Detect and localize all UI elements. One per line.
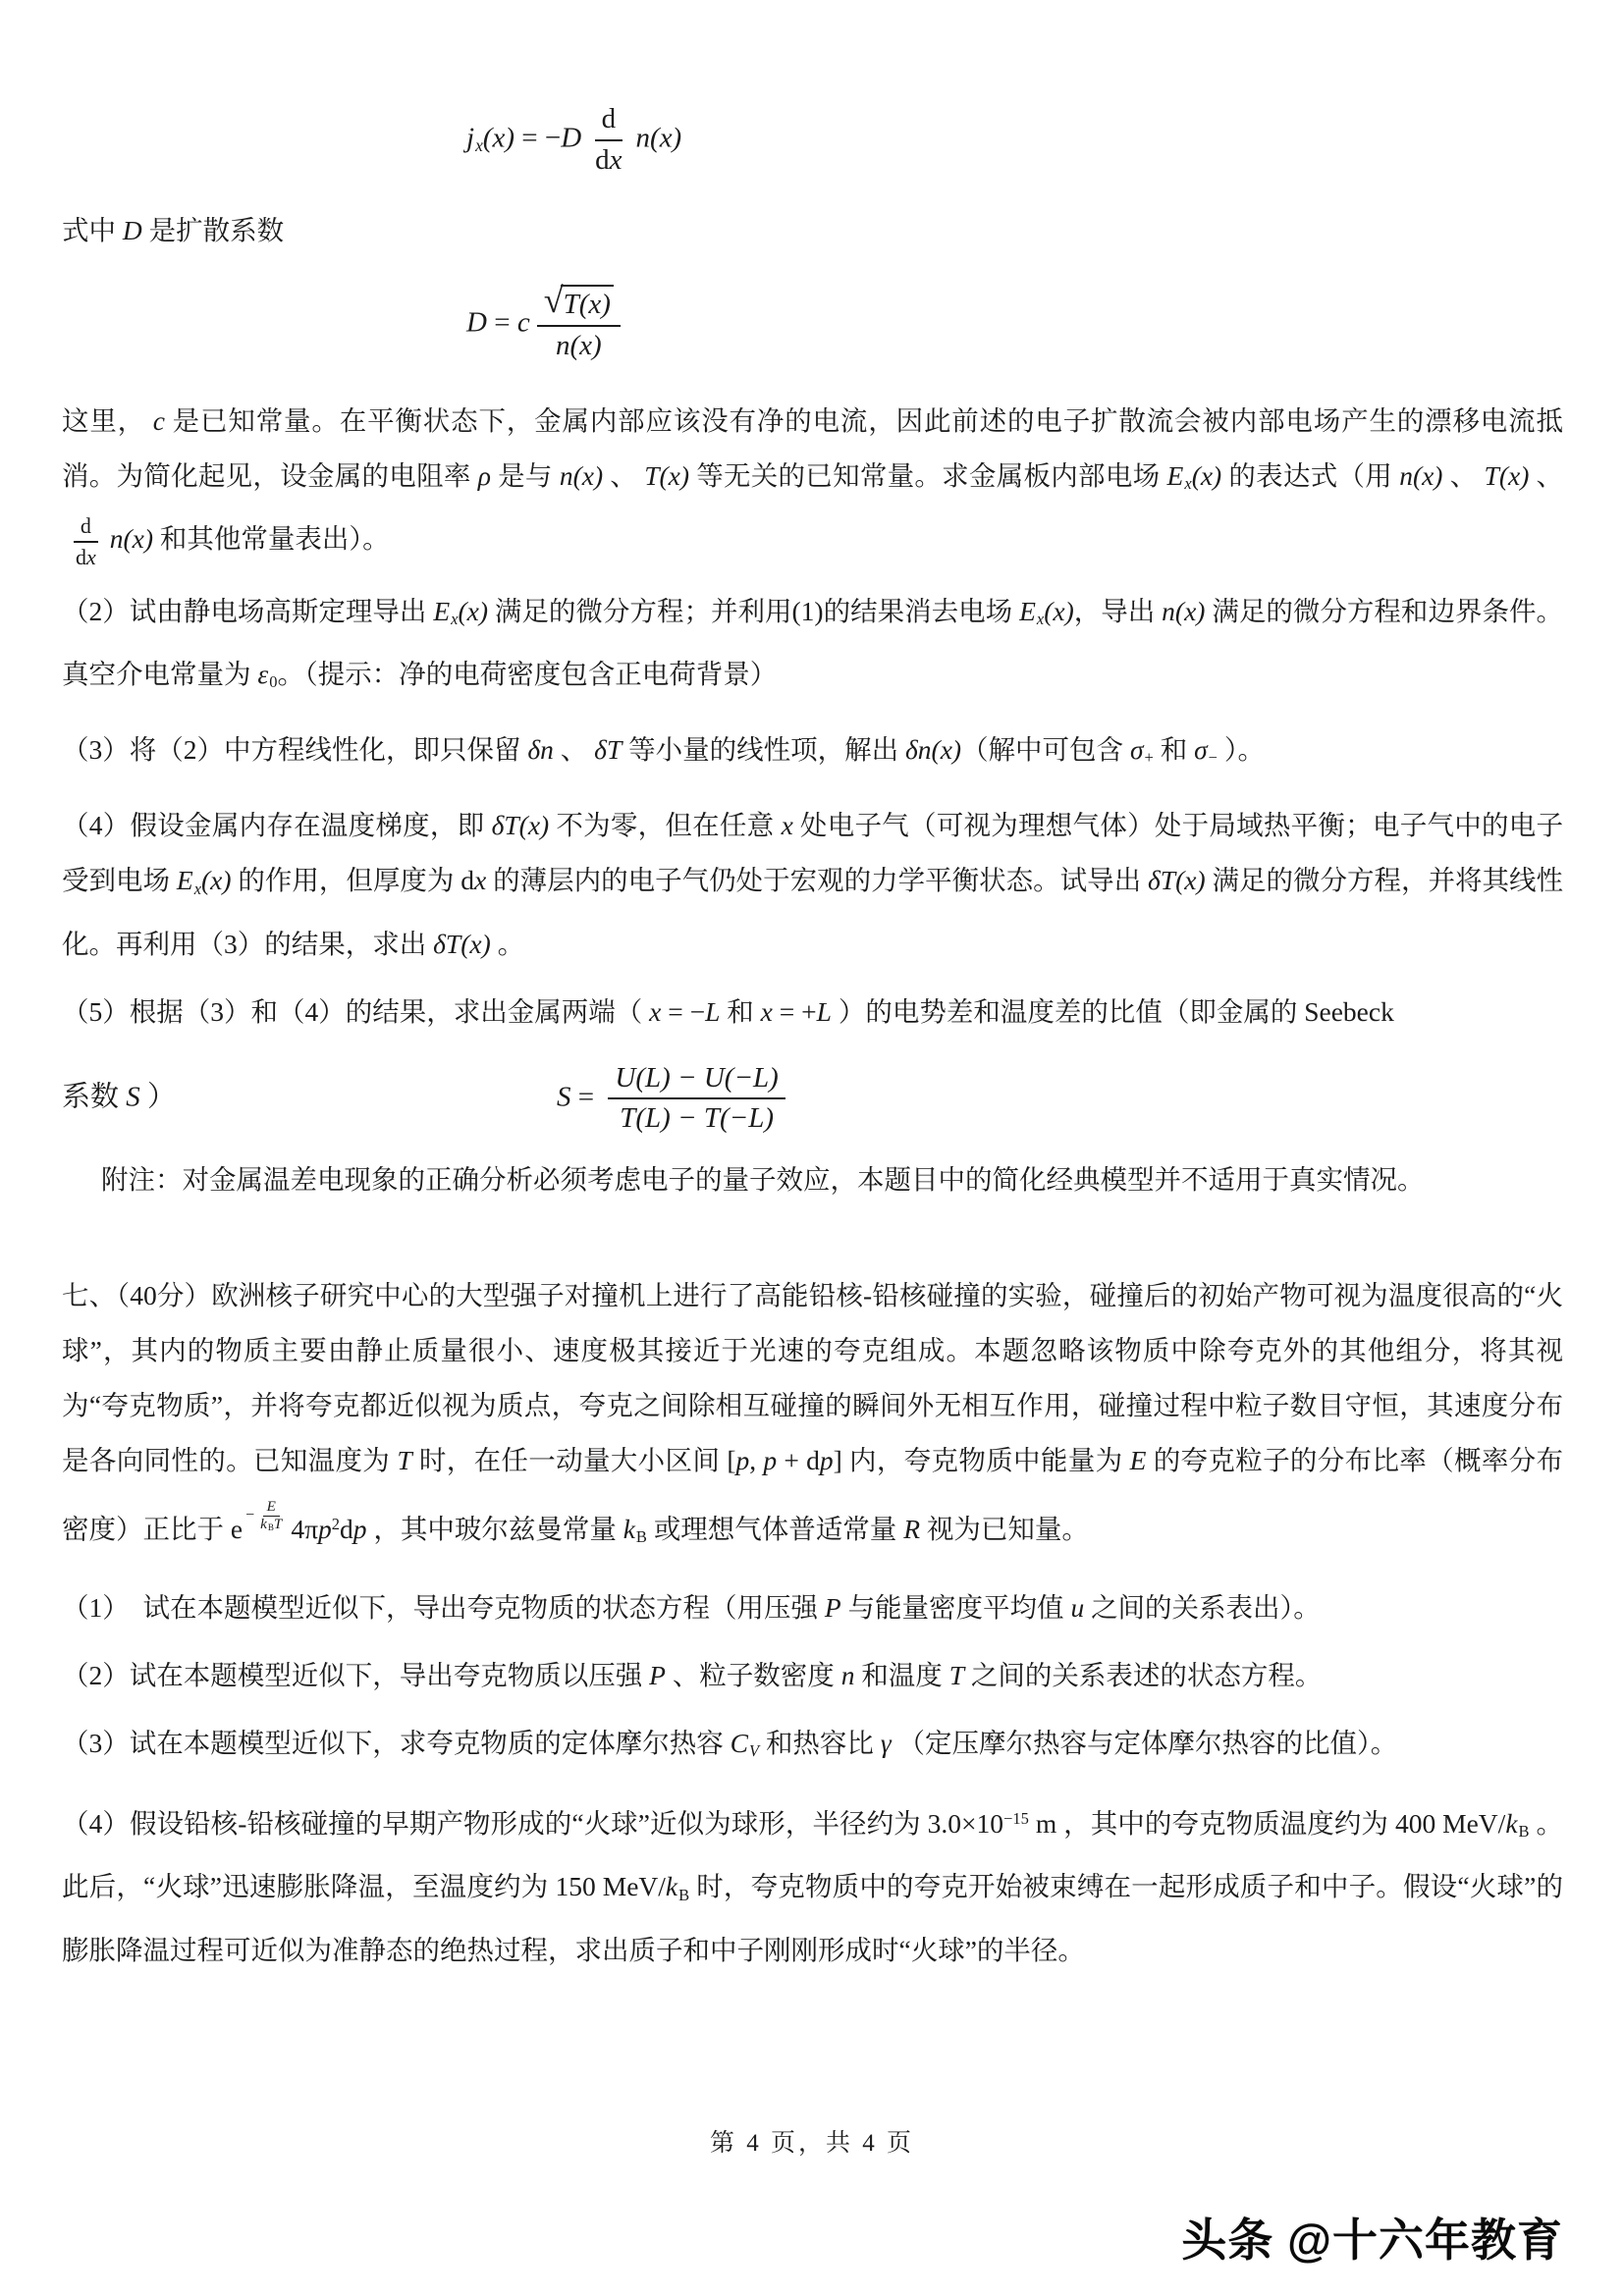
text-run: 、 — [1442, 460, 1484, 491]
text-run: 和热容比 — [759, 1728, 881, 1758]
fraction-denominator: dx — [69, 543, 103, 572]
math-run: p — [736, 1445, 750, 1475]
text-run: 不为零，但在任意 — [549, 810, 781, 840]
para-q5-intro: （5）根据（3）和（4）的结果，求出金属两端（ x = −L 和 x = +L … — [62, 985, 1563, 1040]
math-run: (x) — [483, 122, 514, 153]
math-run: ρ — [478, 460, 491, 491]
text-run: （4）假设铅核-铅核碰撞的早期产物形成的“火球”近似为球形，半径约为 3.0×1… — [62, 1808, 1003, 1839]
text-run: （解中可包含 — [961, 734, 1130, 765]
superscript: −15 — [1003, 1809, 1029, 1828]
math-run: c — [517, 307, 530, 339]
math-run: δT(x) — [492, 810, 550, 840]
math-run: n — [841, 1660, 855, 1690]
math-run: E — [177, 865, 193, 895]
fraction-denominator: T(L) − T(−L) — [613, 1099, 781, 1139]
math-run: E — [1019, 596, 1036, 626]
para-diffusion-coefficient: 式中 D 是扩散系数 — [62, 203, 1563, 258]
square-root-body: T(x) — [561, 285, 614, 324]
text-run: m ，其中的夸克物质温度约为 400 MeV/ — [1029, 1808, 1505, 1839]
math-run: x — [474, 865, 486, 895]
math-run: S — [557, 1081, 571, 1112]
text-run: 是与 — [491, 460, 560, 491]
fraction-denominator: n(x) — [549, 327, 609, 366]
text-run: + d — [777, 1445, 820, 1475]
fraction-numerator: √T(x) — [537, 284, 621, 327]
math-run: P — [825, 1592, 841, 1623]
text-run: d — [76, 545, 86, 569]
text-run: 是扩散系数 — [142, 215, 284, 245]
text-run: ，导出 — [1074, 596, 1162, 626]
math-run: T(x) — [644, 460, 689, 491]
text-run: 附注：对金属温差电现象的正确分析必须考虑电子的量子效应，本题目中的简化经典模型并… — [101, 1164, 1425, 1195]
text-run: 和 — [1154, 734, 1194, 765]
text-run: 和温度 — [854, 1660, 948, 1690]
para-equilibrium: 这里， c 是已知常量。在平衡状态下，金属内部应该没有净的电流，因此前述的电子扩… — [62, 394, 1563, 571]
text-run: = — [571, 1081, 602, 1112]
page-number: 第 4 页，共 4 页 — [0, 2123, 1624, 2159]
text-run: （1） 试在本题模型近似下，导出夸克物质的状态方程（用压强 — [62, 1592, 825, 1623]
text-run: ） — [140, 1081, 176, 1112]
text-run: = − — [514, 122, 561, 153]
math-run: D — [123, 215, 142, 245]
text-run: 式中 — [62, 215, 123, 245]
math-run: (x) — [1044, 596, 1074, 626]
fraction: EkBT — [256, 1499, 286, 1532]
math-run: L — [817, 996, 832, 1027]
fraction: √T(x)n(x) — [537, 284, 621, 365]
subscript: x — [475, 135, 483, 155]
math-run: δn(x) — [905, 734, 961, 765]
para-q4: （4）假设金属内存在温度梯度，即 δT(x) 不为零，但在任意 x 处电子气（可… — [62, 798, 1563, 971]
math-run: T — [397, 1445, 411, 1475]
para-q3: （3）将（2）中方程线性化，即只保留 δn 、 δT 等小量的线性项，解出 δn… — [62, 722, 1563, 785]
math-run: k — [260, 1516, 267, 1532]
math-run: (x) — [1192, 460, 1222, 491]
math-run: k — [1505, 1808, 1517, 1839]
math-run: E — [267, 1498, 276, 1515]
math-run: T(x) — [1485, 460, 1530, 491]
math-run: D — [561, 122, 581, 153]
spacer — [176, 1103, 557, 1105]
math-run: E — [1130, 1445, 1147, 1475]
square-root: √T(x) — [544, 285, 614, 324]
math-run: L — [705, 996, 720, 1027]
text-run: 系数 — [62, 1081, 126, 1112]
fraction-denominator: kBT — [256, 1517, 286, 1533]
text-run: （5）根据（3）和（4）的结果，求出金属两端（ — [62, 996, 649, 1027]
math-run: k — [623, 1514, 635, 1544]
math-run: c — [153, 405, 165, 436]
math-run: δT(x) — [1148, 865, 1206, 895]
text-run: d — [340, 1514, 353, 1544]
math-run: p — [353, 1514, 367, 1544]
math-run: p — [318, 1514, 332, 1544]
math-run: S — [126, 1081, 140, 1112]
fraction: ddx — [69, 511, 103, 571]
text-run: ，其中玻尔兹曼常量 — [366, 1514, 623, 1544]
math-run: p — [763, 1445, 777, 1475]
math-run: P — [649, 1660, 666, 1690]
fraction-numerator: d — [74, 511, 98, 543]
para-problem7-intro: 七、（40分）欧洲核子研究中心的大型强子对撞机上进行了高能铅核-铅核碰撞的实验，… — [62, 1268, 1563, 1565]
fraction-denominator: dx — [588, 141, 628, 181]
text-run: （3）将（2）中方程线性化，即只保留 — [62, 734, 527, 765]
math-run: n(x) — [1399, 460, 1442, 491]
math-run: k — [666, 1871, 677, 1901]
text-run: , — [749, 1445, 763, 1475]
text-run: = — [487, 307, 517, 339]
math-run: T — [949, 1660, 964, 1690]
text-run: = + — [773, 996, 817, 1027]
subscript: B — [1519, 1822, 1530, 1841]
math-run: γ — [881, 1728, 892, 1758]
math-run: T(L) − T(−L) — [620, 1102, 774, 1134]
text-run: 之间的关系表述的状态方程。 — [964, 1660, 1322, 1690]
text-run: 和其他常量表出）。 — [153, 523, 390, 554]
text-run: 之间的关系表出）。 — [1084, 1592, 1321, 1623]
math-run: n(x) — [636, 122, 682, 153]
para-p7-q2: （2）试在本题模型近似下，导出夸克物质以压强 P 、粒子数密度 n 和温度 T … — [62, 1648, 1563, 1703]
text-run: 这里， — [62, 405, 153, 436]
text-run: （4）假设金属内存在温度梯度，即 — [62, 810, 492, 840]
text-run: d — [595, 144, 610, 176]
math-run: (x) — [201, 865, 232, 895]
fraction: ddx — [588, 100, 628, 180]
math-run: n(x) — [110, 523, 153, 554]
text-run: （3）试在本题模型近似下，求夸克物质的定体摩尔热容 — [62, 1728, 731, 1758]
text-run: 等无关的已知常量。求金属板内部电场 — [689, 460, 1167, 491]
text-run: 视为已知量。 — [920, 1514, 1089, 1544]
text-run: 。（提示：净的电荷密度包含正电荷背景） — [277, 659, 777, 689]
para-p7-q1: （1） 试在本题模型近似下，导出夸克物质的状态方程（用压强 P 与能量密度平均值… — [62, 1580, 1563, 1635]
math-run: j — [466, 122, 474, 153]
text-run: d — [602, 103, 617, 134]
text-run: 等小量的线性项，解出 — [622, 734, 905, 765]
text-run: （2）试由静电场高斯定理导出 — [62, 596, 433, 626]
text-run: 或理想气体普适常量 — [647, 1514, 903, 1544]
text-run: 、 — [603, 460, 644, 491]
math-run: E — [1167, 460, 1184, 491]
math-run: p — [820, 1445, 834, 1475]
para-p7-q3: （3）试在本题模型近似下，求夸克物质的定体摩尔热容 CV 和热容比 γ （定压摩… — [62, 1716, 1563, 1779]
text-run: 。 — [491, 929, 524, 959]
math-run: n(x) — [556, 330, 602, 361]
exponent: −EkBT — [245, 1488, 288, 1543]
subscript: B — [678, 1886, 689, 1904]
fraction-numerator: E — [263, 1499, 280, 1517]
fraction-numerator: U(L) − U(−L) — [608, 1059, 785, 1100]
para-note: 附注：对金属温差电现象的正确分析必须考虑电子的量子效应，本题目中的简化经典模型并… — [62, 1152, 1563, 1207]
fraction: U(L) − U(−L)T(L) − T(−L) — [608, 1059, 785, 1139]
text-run: 的表达式（用 — [1221, 460, 1399, 491]
text-run: 4π — [291, 1514, 318, 1544]
math-run: δT — [594, 734, 622, 765]
subscript: B — [636, 1527, 647, 1546]
subscript: + — [1145, 748, 1154, 767]
math-run: R — [903, 1514, 920, 1544]
text-run: 、粒子数密度 — [666, 1660, 841, 1690]
formula-diffusion-coefficient: D = c√T(x)n(x) — [62, 268, 1563, 377]
text-run: 时，在任一动量大小区间 [ — [412, 1445, 736, 1475]
text-run: 、 — [554, 734, 594, 765]
math-run: x — [649, 996, 661, 1027]
text-run: = − — [661, 996, 705, 1027]
text-run: d — [81, 513, 91, 538]
math-run: x — [782, 810, 793, 840]
document-body: jx(x) = −Dddxn(x)式中 D 是扩散系数D = c√T(x)n(x… — [62, 77, 1563, 1978]
math-run: E — [433, 596, 450, 626]
math-run: σ — [1130, 734, 1144, 765]
para-p7-q4: （4）假设铅核-铅核碰撞的早期产物形成的“火球”近似为球形，半径约为 3.0×1… — [62, 1791, 1563, 1977]
math-run: T — [274, 1516, 282, 1532]
text-run: （定压摩尔热容与定体摩尔热容的比值）。 — [892, 1728, 1398, 1758]
text-run: 的薄层内的电子气仍处于宏观的力学平衡状态。试导出 — [486, 865, 1148, 895]
superscript: 2 — [332, 1515, 340, 1533]
math-run: δT(x) — [433, 929, 491, 959]
math-run: u — [1070, 1592, 1084, 1623]
text-run: − — [245, 1507, 254, 1523]
math-run: x — [86, 545, 96, 569]
math-run: x — [761, 996, 773, 1027]
fraction-numerator: d — [595, 100, 623, 141]
text-run: ）的电势差和温度差的比值（即金属的 Seebeck — [832, 996, 1394, 1027]
text-run: ] 内，夸克物质中能量为 — [834, 1445, 1130, 1475]
text-run: 、 — [1529, 460, 1563, 491]
math-run: C — [731, 1728, 748, 1758]
subscript: − — [1209, 748, 1218, 767]
math-run: ε — [257, 659, 268, 689]
text-run: （2）试在本题模型近似下，导出夸克物质以压强 — [62, 1660, 649, 1690]
text-run: 和 — [720, 996, 760, 1027]
formula-flux: jx(x) = −Dddxn(x) — [62, 86, 1563, 187]
math-run: δn — [527, 734, 554, 765]
math-run: x — [610, 144, 623, 176]
math-run: D — [466, 307, 487, 339]
watermark: 头条 @十六年教育 — [1181, 2205, 1563, 2269]
math-run: σ — [1194, 734, 1208, 765]
math-run: (x) — [458, 596, 488, 626]
text-run: 满足的微分方程；并利用(1)的结果消去电场 — [488, 596, 1019, 626]
math-run: T(x) — [564, 289, 611, 320]
para-q2: （2）试由静电场高斯定理导出 Ex(x) 满足的微分方程；并利用(1)的结果消去… — [62, 584, 1563, 710]
math-run: n(x) — [560, 460, 603, 491]
line-seebeck-formula: 系数 S ）S = U(L) − U(−L)T(L) − T(−L) — [62, 1049, 1563, 1145]
math-run: U(L) − U(−L) — [615, 1062, 778, 1094]
subscript: x — [194, 880, 201, 898]
exam-page: jx(x) = −Dddxn(x)式中 D 是扩散系数D = c√T(x)n(x… — [0, 0, 1624, 2296]
subscript: V — [749, 1741, 759, 1760]
text-run: 与能量密度平均值 — [841, 1592, 1071, 1623]
subscript: x — [1184, 474, 1191, 493]
text-run: 的作用，但厚度为 d — [232, 865, 475, 895]
text-run: ）。 — [1218, 734, 1265, 765]
math-run: n(x) — [1162, 596, 1205, 626]
